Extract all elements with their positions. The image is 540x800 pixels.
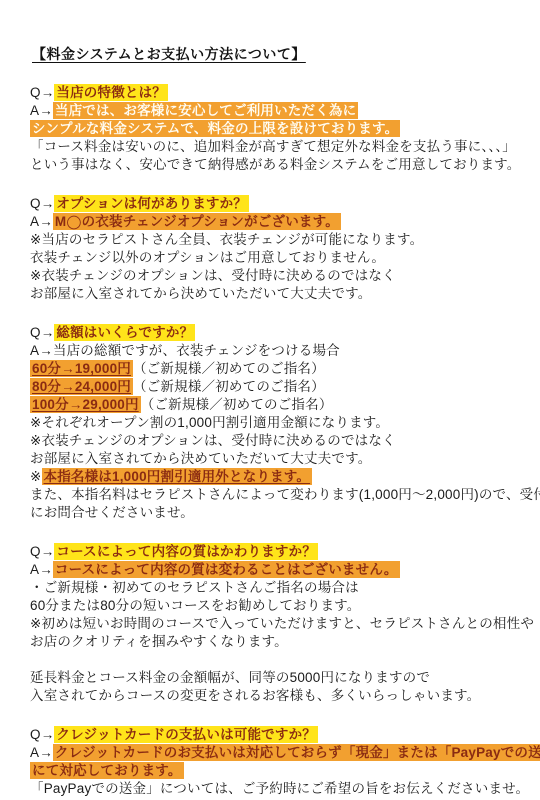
body-text: という事はなく、安心できて納得感がある料金システムをご用意しております。 <box>30 157 521 172</box>
body-text: お部屋に入室されてから決めていただいて大丈夫です。 <box>30 451 371 466</box>
qa-section: Q→コースによって内容の質はかわりますか？A→コースによって内容の質は変わること… <box>30 543 518 705</box>
text-line: A→クレジットカードのお支払いは対応しておらず「現金」または「PayPayでの送… <box>30 744 518 762</box>
answer-highlight-underlined: 60分→19,000円 <box>30 360 133 377</box>
body-text: 「PayPayでの送金」については、ご予約時にご希望の旨をお伝えくださいませ。 <box>30 781 529 796</box>
body-text: （ご新規様／初めてのご指名） <box>133 361 325 376</box>
page-title: 【料金システムとお支払い方法について】 <box>32 44 518 64</box>
document-body: Q→当店の特徴とは？A→当店では、お客様に安心してご利用いただく為にシンプルな料… <box>30 84 518 798</box>
body-text: Q→ <box>30 325 54 340</box>
text-line: ※それぞれオープン割の1,000円割引適用金額になります。 <box>30 414 518 432</box>
qa-section: Q→当店の特徴とは？A→当店では、お客様に安心してご利用いただく為にシンプルな料… <box>30 84 518 174</box>
body-text: お部屋に入室されてから決めていただいて大丈夫です。 <box>30 286 371 301</box>
document-page: 【料金システムとお支払い方法について】 Q→当店の特徴とは？A→当店では、お客様… <box>0 0 540 800</box>
body-text: （ご新規様／初めてのご指名） <box>141 397 333 412</box>
text-line: 100分→29,000円（ご新規様／初めてのご指名） <box>30 396 518 414</box>
text-line: A→M◯の衣装チェンジオプションがございます。 <box>30 213 518 231</box>
answer-highlight: クレジットカードのお支払いは対応しておらず「現金」または「PayPayでの送金」 <box>53 744 540 761</box>
body-text: 衣装チェンジ以外のオプションはご用意しておりません。 <box>30 250 385 265</box>
answer-highlight-underlined: 80分→24,000円 <box>30 378 133 395</box>
body-text: Q→ <box>30 196 54 211</box>
body-text: A→ <box>30 103 53 118</box>
text-line: Q→クレジットカードの支払いは可能ですか？ <box>30 726 518 744</box>
body-text: ※衣装チェンジのオプションは、受付時に決めるのではなく <box>30 268 396 283</box>
text-line: ・ご新規様・初めてのセラピストさんご指名の場合は <box>30 579 518 597</box>
question-highlight: クレジットカードの支払いは可能ですか？ <box>54 726 318 743</box>
text-line: ※初めは短いお時間のコースで入っていただけますと、セラピストさんとの相性や <box>30 615 518 633</box>
text-line: 延長料金とコース料金の金額幅が、同等の5000円になりますので <box>30 669 518 687</box>
body-text: お店のクオリティを掴みやすくなります。 <box>30 634 288 649</box>
body-text: 延長料金とコース料金の金額幅が、同等の5000円になりますので <box>30 670 430 685</box>
text-line: 「コース料金は安いのに、追加料金が高すぎて想定外な料金を支払う事に、、、」 <box>30 138 518 156</box>
text-line: Q→オプションは何がありますか？ <box>30 195 518 213</box>
text-line: 入室されてからコースの変更をされるお客様も、多くいらっしゃいます。 <box>30 687 518 705</box>
body-text: A→ <box>30 214 53 229</box>
text-line: また、本指名料はセラピストさんによって変わります(1,000円～2,000円)の… <box>30 486 518 504</box>
text-line: お店のクオリティを掴みやすくなります。 <box>30 633 518 651</box>
text-line: という事はなく、安心できて納得感がある料金システムをご用意しております。 <box>30 156 518 174</box>
text-line: 80分→24,000円（ご新規様／初めてのご指名） <box>30 378 518 396</box>
body-text: ※衣装チェンジのオプションは、受付時に決めるのではなく <box>30 433 396 448</box>
answer-highlight: にて対応しております。 <box>30 762 184 779</box>
body-text: ※初めは短いお時間のコースで入っていただけますと、セラピストさんとの相性や <box>30 616 534 631</box>
text-line: 「PayPayでの送金」については、ご予約時にご希望の旨をお伝えくださいませ。 <box>30 780 518 798</box>
question-highlight: コースによって内容の質はかわりますか？ <box>54 543 318 560</box>
body-text: Q→ <box>30 544 54 559</box>
qa-section: Q→総額はいくらですか？A→当店の総額ですが、衣装チェンジをつける場合60分→1… <box>30 324 518 522</box>
body-text: また、本指名料はセラピストさんによって変わります(1,000円～2,000円)の… <box>30 487 540 502</box>
text-line: お部屋に入室されてから決めていただいて大丈夫です。 <box>30 450 518 468</box>
body-text: Q→ <box>30 85 54 100</box>
body-text: ※ <box>30 469 42 484</box>
text-line: 衣装チェンジ以外のオプションはご用意しておりません。 <box>30 249 518 267</box>
body-text: A→ <box>30 745 53 760</box>
body-text: A→当店の総額ですが、衣装チェンジをつける場合 <box>30 343 340 358</box>
body-text: A→ <box>30 562 53 577</box>
question-highlight: 当店の特徴とは？ <box>54 84 168 101</box>
answer-highlight: 当店では、お客様に安心してご利用いただく為に <box>53 102 358 119</box>
text-line: にて対応しております。 <box>30 762 518 780</box>
text-line: A→当店では、お客様に安心してご利用いただく為に <box>30 102 518 120</box>
body-text: 入室されてからコースの変更をされるお客様も、多くいらっしゃいます。 <box>30 688 480 703</box>
text-line: ※本指名様は1,000円割引適用外となります。 <box>30 468 518 486</box>
body-text: （ご新規様／初めてのご指名） <box>133 379 325 394</box>
text-line: 60分または80分の短いコースをお勧めしております。 <box>30 597 518 615</box>
answer-highlight: コースによって内容の質は変わることはございません。 <box>53 561 400 578</box>
text-line: ※衣装チェンジのオプションは、受付時に決めるのではなく <box>30 432 518 450</box>
text-line: A→コースによって内容の質は変わることはございません。 <box>30 561 518 579</box>
body-text: 60分または80分の短いコースをお勧めしております。 <box>30 598 360 613</box>
body-text: Q→ <box>30 727 54 742</box>
body-text: 「コース料金は安いのに、追加料金が高すぎて想定外な料金を支払う事に、、、」 <box>30 139 516 154</box>
text-line: ※衣装チェンジのオプションは、受付時に決めるのではなく <box>30 267 518 285</box>
qa-section: Q→オプションは何がありますか？A→M◯の衣装チェンジオプションがございます。※… <box>30 195 518 303</box>
text-line: Q→総額はいくらですか？ <box>30 324 518 342</box>
answer-highlight-underlined: 100分→29,000円 <box>30 396 141 413</box>
answer-highlight: M◯の衣装チェンジオプションがございます。 <box>53 213 341 230</box>
answer-highlight: シンプルな料金システムで、料金の上限を設けております。 <box>30 120 400 137</box>
body-text: ・ご新規様・初めてのセラピストさんご指名の場合は <box>30 580 359 595</box>
qa-section: Q→クレジットカードの支払いは可能ですか？A→クレジットカードのお支払いは対応し… <box>30 726 518 798</box>
text-line: A→当店の総額ですが、衣装チェンジをつける場合 <box>30 342 518 360</box>
question-highlight: オプションは何がありますか？ <box>54 195 249 212</box>
text-line: シンプルな料金システムで、料金の上限を設けております。 <box>30 120 518 138</box>
text-line: Q→コースによって内容の質はかわりますか？ <box>30 543 518 561</box>
blank-line <box>30 651 518 669</box>
text-line: お部屋に入室されてから決めていただいて大丈夫です。 <box>30 285 518 303</box>
body-text: にお問合せくださいませ。 <box>30 505 194 520</box>
body-text: ※当店のセラピストさん全員、衣装チェンジが可能になります。 <box>30 232 423 247</box>
text-line: にお問合せくださいませ。 <box>30 504 518 522</box>
text-line: Q→当店の特徴とは？ <box>30 84 518 102</box>
text-line: 60分→19,000円（ご新規様／初めてのご指名） <box>30 360 518 378</box>
body-text: ※それぞれオープン割の1,000円割引適用金額になります。 <box>30 415 389 430</box>
answer-highlight-underlined: 本指名様は1,000円割引適用外となります。 <box>42 468 313 485</box>
text-line: ※当店のセラピストさん全員、衣装チェンジが可能になります。 <box>30 231 518 249</box>
question-highlight: 総額はいくらですか？ <box>54 324 195 341</box>
